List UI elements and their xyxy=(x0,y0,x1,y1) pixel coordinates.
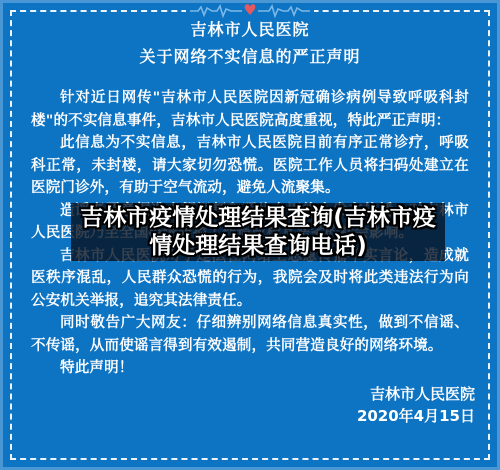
statement-paragraph: 针对近日网传"吉林市人民医院因新冠确诊病例导致呼吸科封楼"的不实信息事件，吉林市… xyxy=(31,87,469,132)
ecg-line-left-icon xyxy=(190,3,242,19)
heartbeat-decoration: ♥ xyxy=(186,3,314,19)
statement-paragraph: 此信息为不实信息，吉林市人民医院目前有序正常诊疗，呼吸科正常，未封楼，请大家切勿… xyxy=(31,132,469,200)
hospital-name-title: 吉林市人民医院 xyxy=(3,17,497,43)
statement-paragraph: 同时敬告广大网友：仔细辨别网络信息真实性，做到不信谣、不传谣，从而使谣言得到有效… xyxy=(31,312,469,357)
signature-date: 2020年4月15日 xyxy=(3,405,475,427)
statement-paragraph: 特此声明！ xyxy=(31,357,469,380)
signature-hospital-name: 吉林市人民医院 xyxy=(3,383,475,405)
poster-header: 吉林市人民医院 关于网络不实信息的严正声明 xyxy=(3,17,497,71)
announcement-poster: ♥ 吉林市人民医院 关于网络不实信息的严正声明 针对近日网传"吉林市人民医院因新… xyxy=(0,0,500,470)
statement-title: 关于网络不实信息的严正声明 xyxy=(3,43,497,71)
signature-block: 吉林市人民医院 2020年4月15日 xyxy=(3,383,497,427)
heart-icon: ♥ xyxy=(243,3,256,17)
caption-overlay: 吉林市疫情处理结果查询(吉林市疫情处理结果查询电话) xyxy=(71,203,445,261)
ecg-line-right-icon xyxy=(258,3,310,19)
